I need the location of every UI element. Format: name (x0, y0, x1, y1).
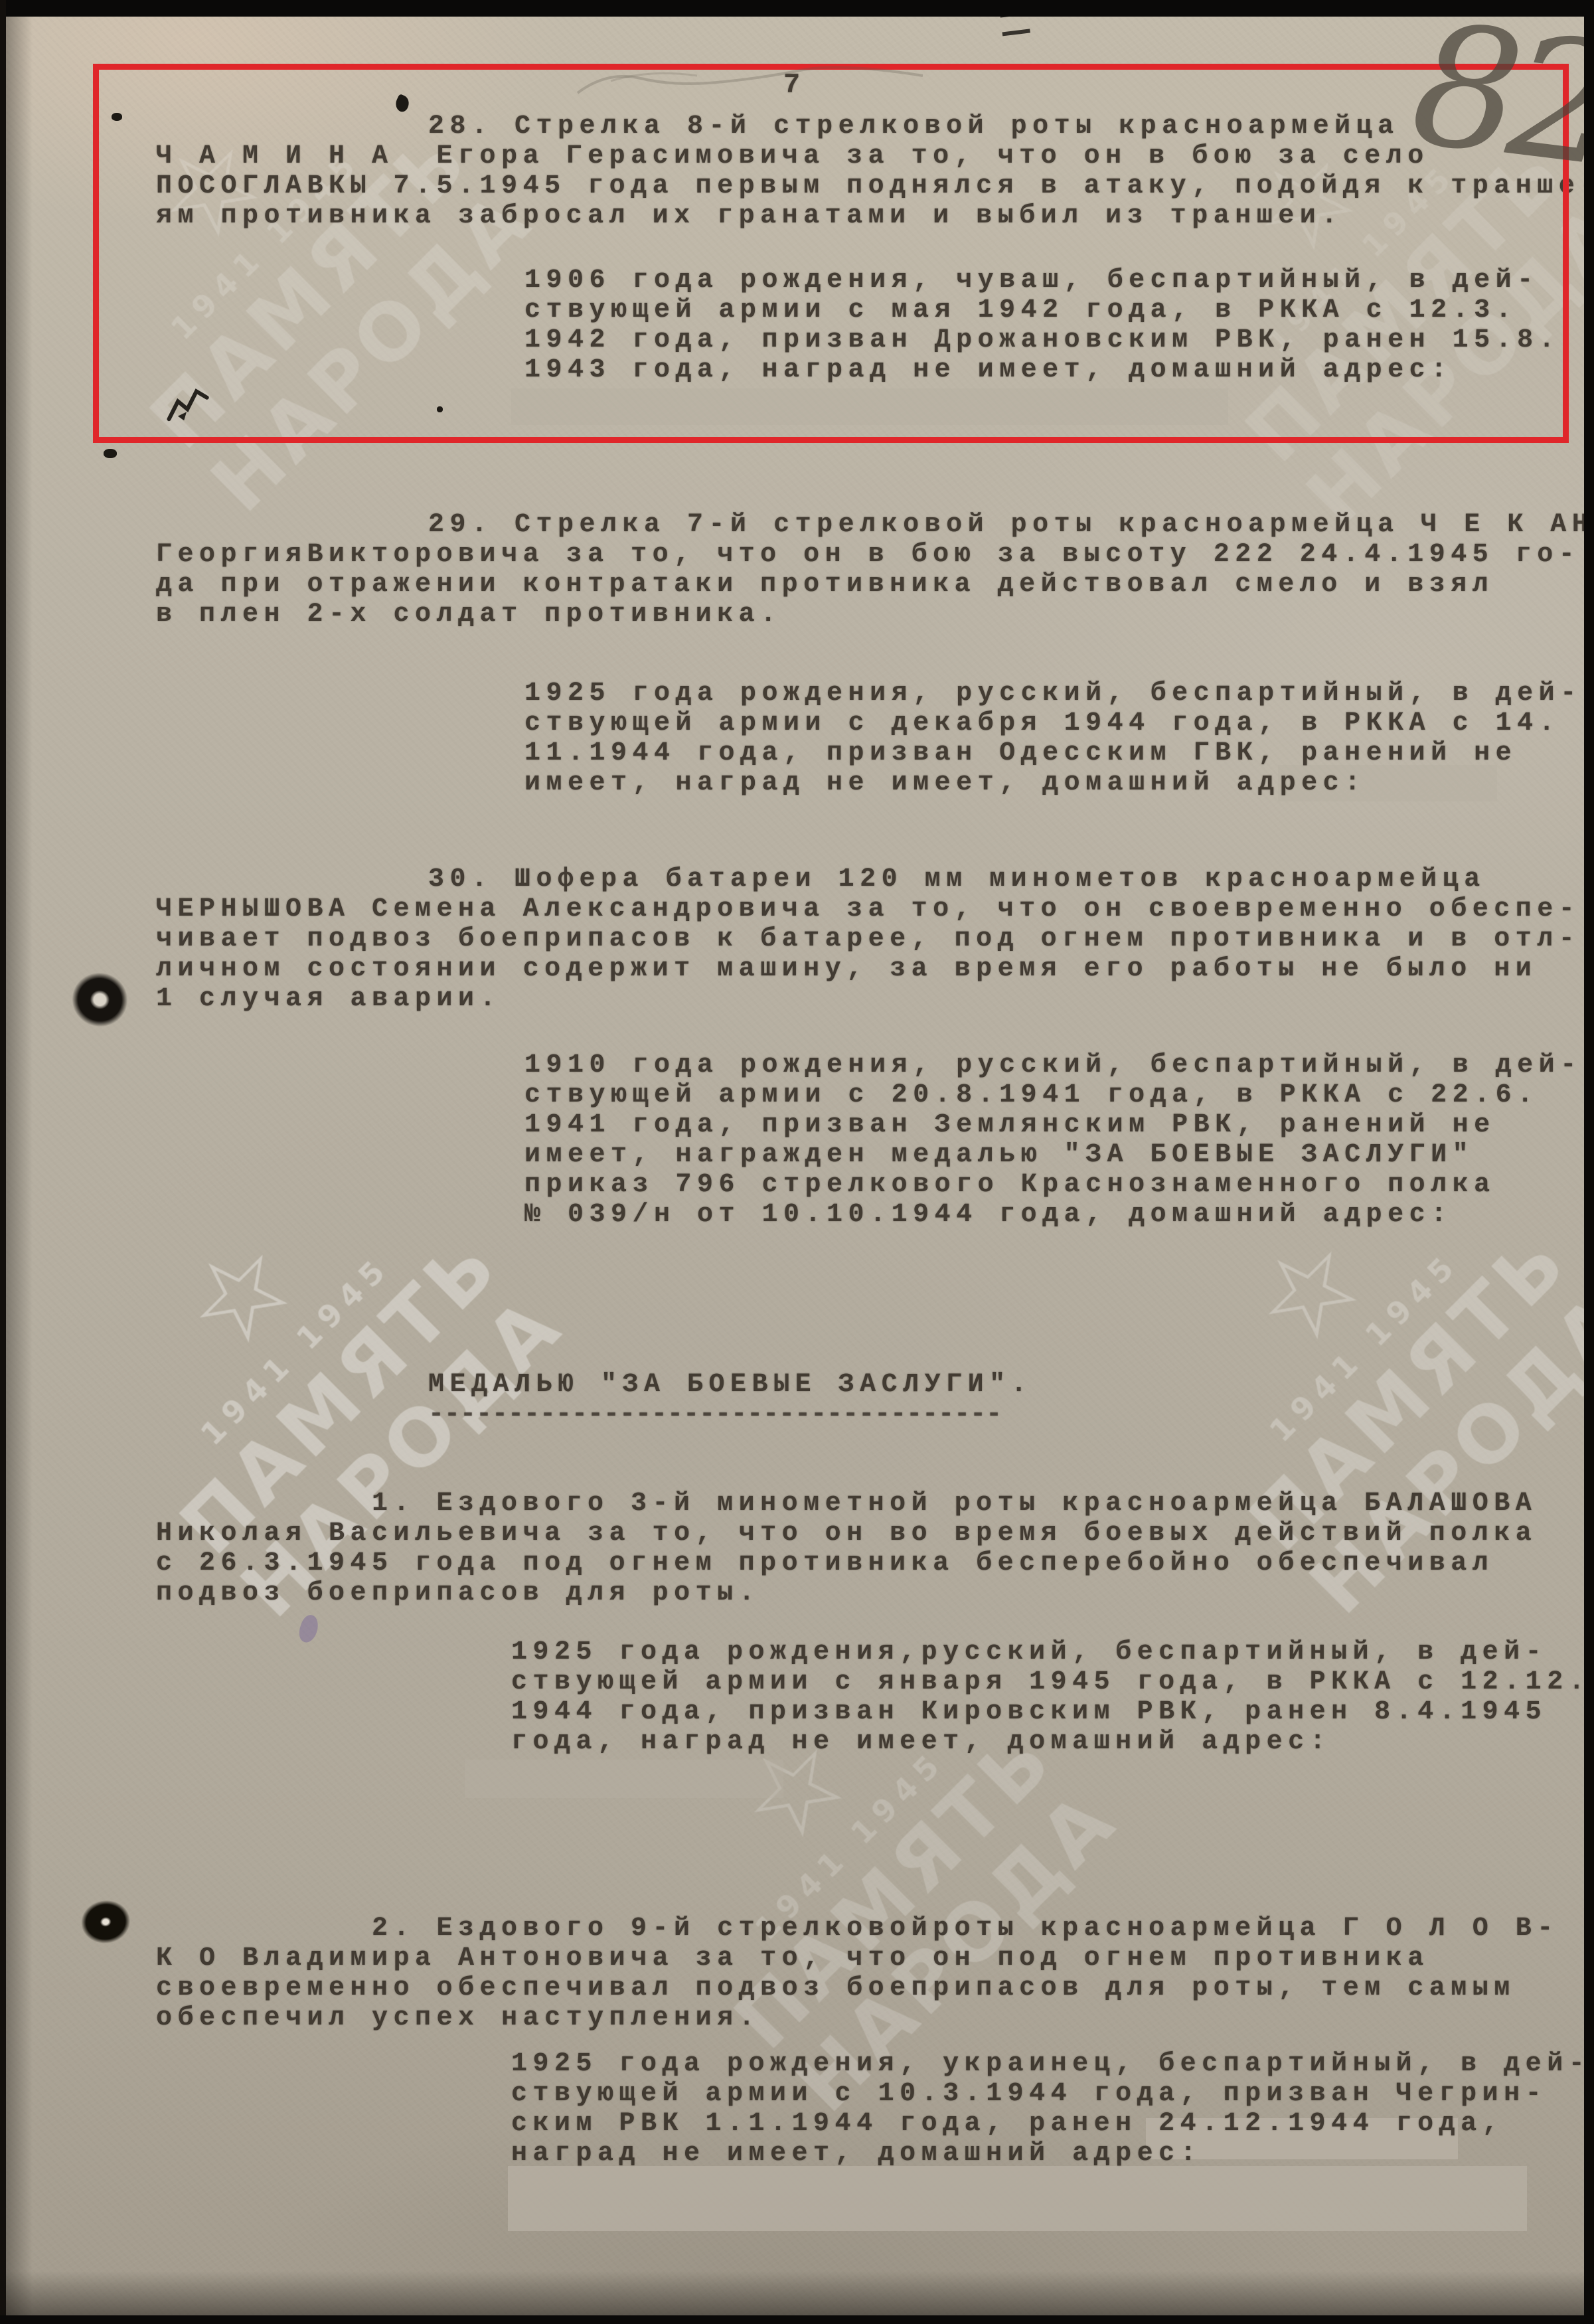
entry-30-detail-line: 1910 года рождения, русский, беспартийны… (524, 1050, 1582, 1080)
paper-edge-shadow (6, 0, 33, 2324)
entry-2-body-line: 2. Ездового 9-й стрелковойроты красноарм… (372, 1914, 1559, 1944)
entry-2-body-line: своевременно обеспечивал подвоз боеприпа… (156, 1973, 1516, 2003)
entry-1-detail-line: 1944 года, призван Кировским РВК, ранен … (511, 1697, 1547, 1727)
scanned-document-page: ☆ 1941 1945 ПАМЯТЬ НАРОДА ☆ 1941 1945 ПА… (0, 0, 1594, 2324)
scan-edge (0, 0, 6, 2324)
entry-1-body-line: Николая Васильевича за то, что он во вре… (156, 1519, 1537, 1548)
entry-30-body-line: 1 случая аварии. (156, 984, 501, 1014)
entry-30-detail-line: ствующей армии с 20.8.1941 года, в РККА … (524, 1080, 1539, 1110)
entry-2-detail-line: 1925 года рождения, украинец, беспартийн… (511, 2049, 1590, 2079)
entry-1-body-line: с 26.3.1945 года под огнем противника бе… (156, 1548, 1494, 1578)
entry-29-body-line: в плен 2-х солдат противника. (156, 600, 782, 629)
entry-30-body-line: 30. Шофера батареи 120 мм минометов крас… (428, 865, 1486, 894)
entry-30-detail-line: имеет, награжден медалью "ЗА БОЕВЫЕ ЗАСЛ… (524, 1140, 1474, 1170)
entry-30-body-line: чивает подвоз боеприпасов к батарее, под… (156, 924, 1580, 954)
entry-30-body-line: ЧЕРНЫШОВА Семена Александровича за то, ч… (156, 894, 1580, 924)
entry-30-detail-line: № 039/н от 10.10.1944 года, домашний адр… (524, 1200, 1453, 1230)
entry-2-detail-line: ствующей армии с 10.3.1944 года, призван… (511, 2079, 1547, 2109)
entry-29-body-line: да при отражении контратаки противника д… (156, 570, 1494, 600)
entry-2-body-line: обеспечил успех наступления. (156, 2003, 760, 2033)
entry-1-body-line: 1. Ездового 3-й минометной роты красноар… (372, 1489, 1537, 1519)
entry-2-detail-line: наград не имеет, домашний адрес: (511, 2139, 1202, 2169)
erased-address-area (508, 2166, 1527, 2231)
entry-1-body-line: подвоз боеприпасов для роты. (156, 1578, 760, 1608)
entry-29-detail-line: имеет, наград не имеет, домашний адрес: (524, 768, 1366, 798)
entry-29-detail-line: 11.1944 года, призван Одесским ГВК, ране… (524, 738, 1517, 768)
entry-2-body-line: К О Владимира Антоновича за то, что он п… (156, 1944, 1429, 1973)
entry-1-detail-line: 1925 года рождения,русский, беспартийный… (511, 1637, 1547, 1667)
section-heading-underline: ------------------------------------ (428, 1400, 1002, 1430)
entry-29-detail-line: 1925 года рождения, русский, беспартийны… (524, 679, 1582, 708)
handwritten-page-number: 82 (1405, 1, 1594, 191)
entry-29-body-line: ГеоргияВикторовича за то, что он в бою з… (156, 540, 1580, 570)
highlight-rectangle (93, 64, 1569, 443)
scan-edge (1584, 0, 1594, 2324)
entry-1-detail-line: года, наград не имеет, домашний адрес: (511, 1727, 1331, 1757)
scan-edge (0, 2315, 1594, 2324)
ink-speck (104, 449, 117, 458)
erased-address-area (465, 1760, 783, 1798)
entry-29-detail-line: ствующей армии с декабря 1944 года, в РК… (524, 708, 1560, 738)
section-heading: МЕДАЛЬЮ "ЗА БОЕВЫЕ ЗАСЛУГИ". (428, 1370, 1032, 1400)
entry-2-detail-line: ским РВК 1.1.1944 года, ранен 24.12.1944… (511, 2109, 1504, 2139)
entry-30-detail-line: 1941 года, призван Землянским РВК, ранен… (524, 1110, 1496, 1140)
entry-30-body-line: личном состоянии содержит машину, за вре… (156, 954, 1537, 984)
pencil-scribble (571, 52, 929, 115)
entry-30-detail-line: приказ 796 стрелкового Краснознаменного … (524, 1170, 1496, 1200)
entry-1-detail-line: ствующей армии с января 1945 года, в РКК… (511, 1667, 1590, 1697)
paper-edge-shadow (0, 2271, 1594, 2317)
scan-edge (0, 0, 1594, 17)
entry-29-body-line: 29. Стрелка 7-й стрелковой роты красноар… (428, 510, 1593, 540)
